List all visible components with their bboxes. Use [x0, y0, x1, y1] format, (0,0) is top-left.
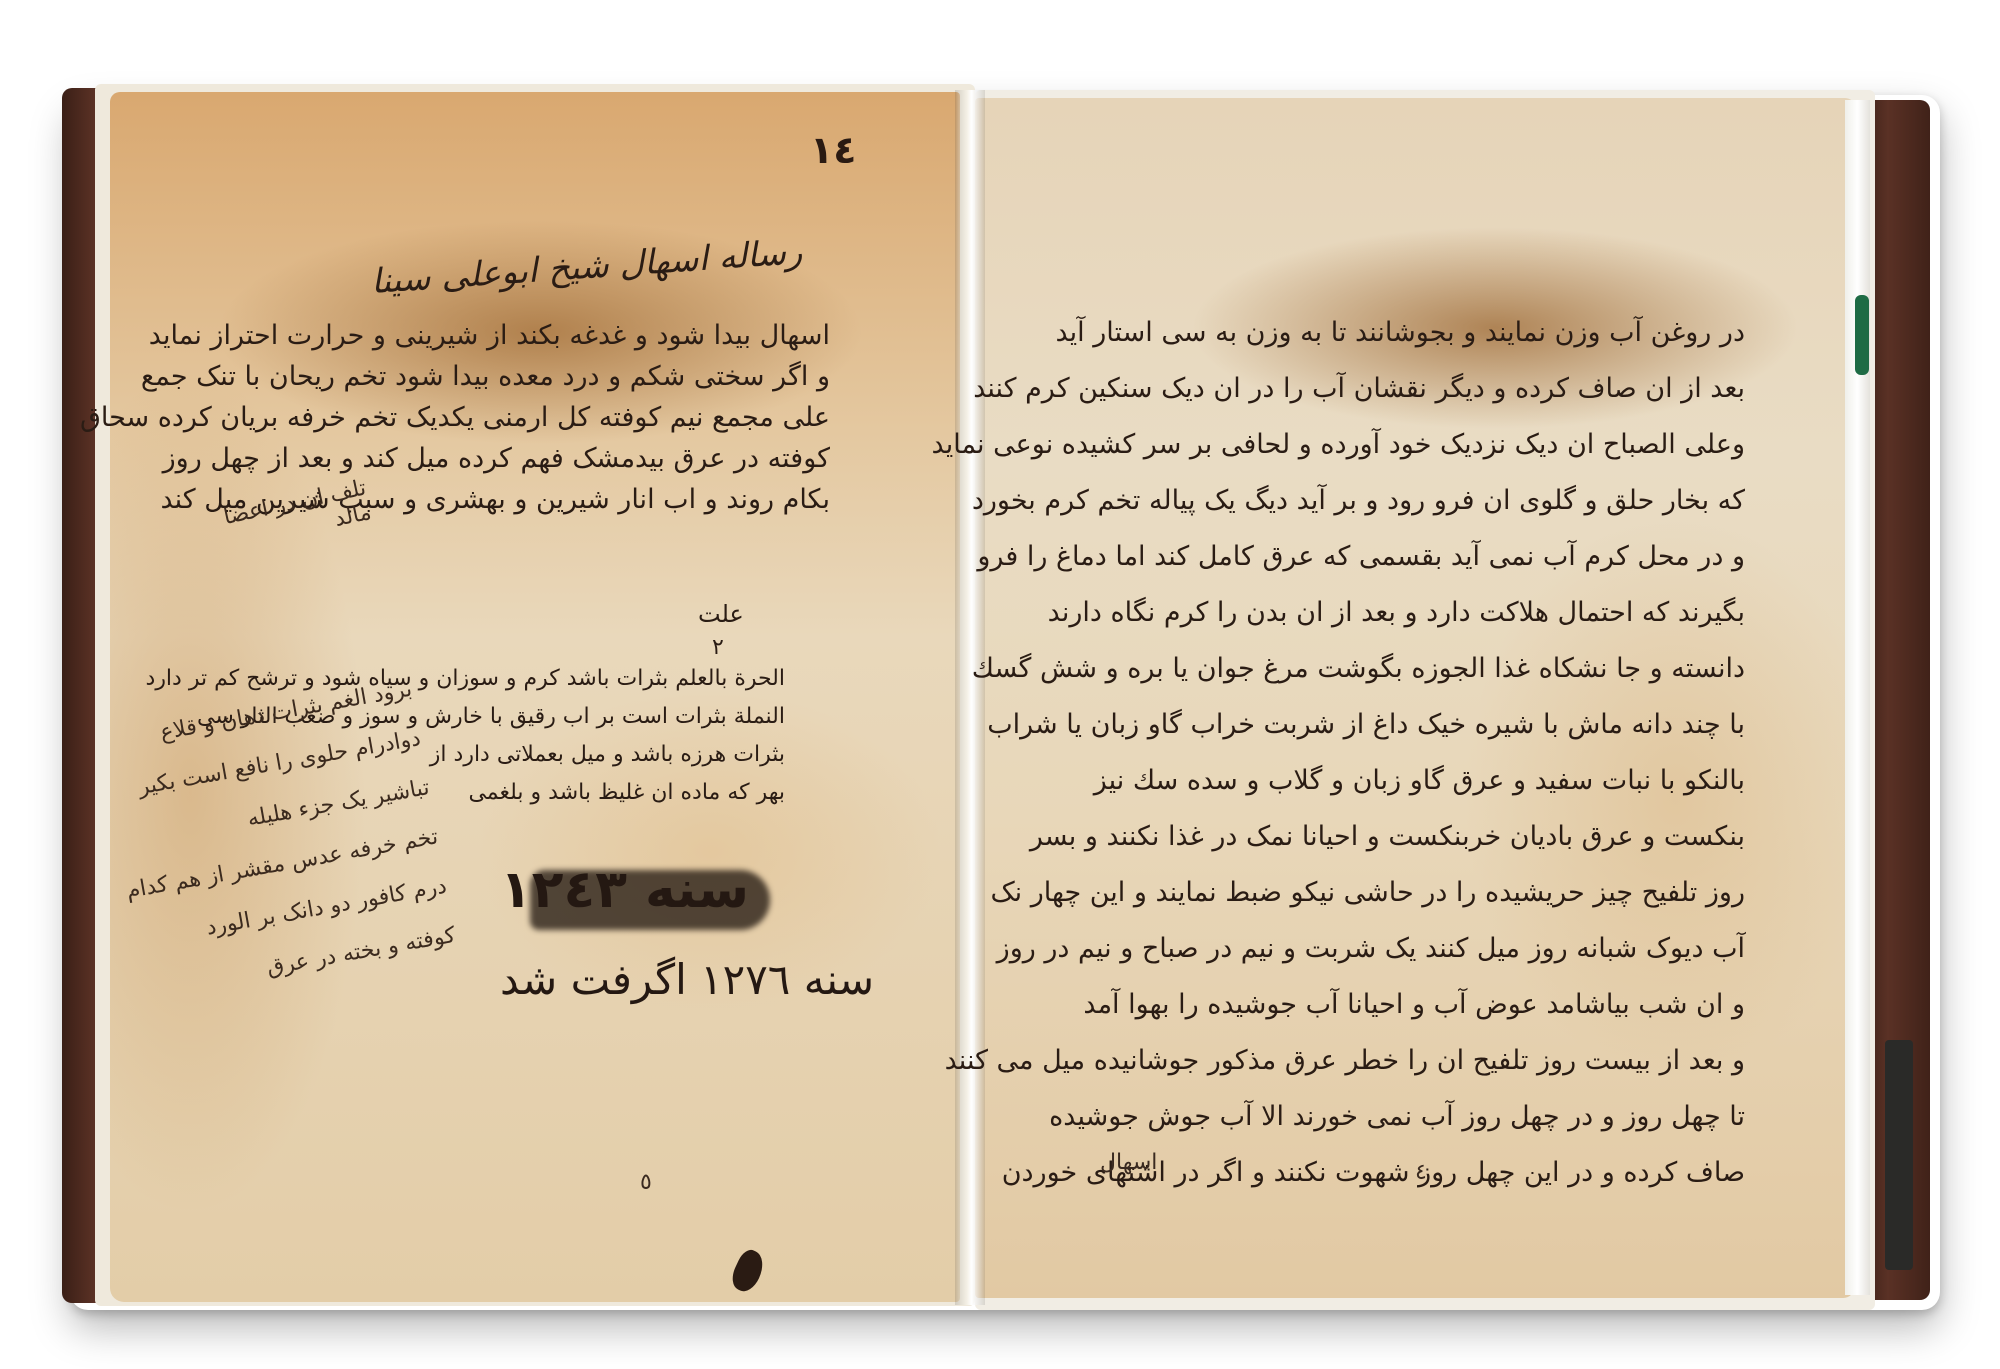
section-heading: علت: [698, 600, 744, 628]
text-line: وعلی الصباح ان دیک نزدیک خود آورده و لحا…: [932, 417, 1745, 473]
right-body: در روغن آب وزن نمایند و بجوشانند تا به و…: [932, 305, 1745, 1201]
text-line: و در محل کرم آب نمی آید بقسمی که عرق کام…: [932, 529, 1745, 585]
text-line: علی مجمع نیم کوفته کل ارمنی یکدیک تخم خر…: [80, 397, 830, 438]
fore-edge: [1845, 100, 1870, 1295]
text-line: آب دیوک شبانه روز میل کنند یک شربت و نیم…: [932, 921, 1745, 977]
text-line: با چند دانه ماش با شیره خیک داغ از شربت …: [932, 697, 1745, 753]
text-line: روز تلفیح چیز حریشیده را در حاشی نیکو ضب…: [932, 865, 1745, 921]
catchword: اسهال: [1100, 1150, 1157, 1175]
text-line: اسهال بیدا شود و غدغه بکند از شیرینی و ح…: [80, 315, 830, 356]
text-line: دانسته و جا نشکاه غذا الجوزه بگوشت مرغ ج…: [932, 641, 1745, 697]
text-line: و ان شب بیاشامد عوض آب و احیانا آب جوشید…: [932, 977, 1745, 1033]
text-line: در روغن آب وزن نمایند و بجوشانند تا به و…: [932, 305, 1745, 361]
cover-corner: [1885, 1040, 1913, 1270]
text-line: و بعد از بیست روز تلفیح ان را خطر عرق مذ…: [932, 1033, 1745, 1089]
date-inscription: سنه ١٢٧٦ اگرفت شد: [500, 955, 874, 1004]
margin-note-lower: برود الغم بثرات دهان و قلاع دوادرام حلوی…: [96, 665, 459, 1015]
left-body: اسهال بیدا شود و غدغه بکند از شیرینی و ح…: [80, 315, 830, 520]
text-line: و اگر سختی شکم و درد معده بیدا شود تخم ر…: [80, 356, 830, 397]
text-line: بنکست و عرق بادیان خربنکست و احیانا نمک …: [932, 809, 1745, 865]
text-line: تا چهل روز و در چهل روز آب نمی خورند الا…: [932, 1089, 1745, 1145]
text-line: بکام روند و اب انار شیرین و بهشری و سبب …: [80, 479, 830, 520]
text-line: که بخار حلق و گلوی ان فرو رود و بر آید د…: [932, 473, 1745, 529]
text-line: کوفته در عرق بیدمشک فهم کرده میل کند و ب…: [80, 438, 830, 479]
text-line: بگیرند که احتمال هلاکت دارد و بعد از ان …: [932, 585, 1745, 641]
text-line: بعد از ان صاف کرده و دیگر نقشان آب را در…: [932, 361, 1745, 417]
top-mark: ١٤: [810, 128, 856, 172]
struck-date: سنه ١٢٤٣: [500, 860, 749, 920]
green-thread-marker: [1855, 295, 1869, 375]
text-line: صاف کرده و در این چهل روز شهوت نکنند و ا…: [932, 1145, 1745, 1201]
section-number: ٢: [712, 635, 724, 660]
text-line: بالنکو با نبات سفید و عرق گاو زبان و گلا…: [932, 753, 1745, 809]
folio-number-right: ٤: [1415, 1160, 1427, 1185]
text-line: الحرة بالعلم بثرات باشد کرم و سوزان و سی…: [146, 660, 785, 698]
folio-number-left: ٥: [640, 1170, 652, 1195]
manuscript-photo: ١٤ رساله اسهال شیخ ابوعلی سینا اسهال بید…: [0, 0, 2000, 1369]
